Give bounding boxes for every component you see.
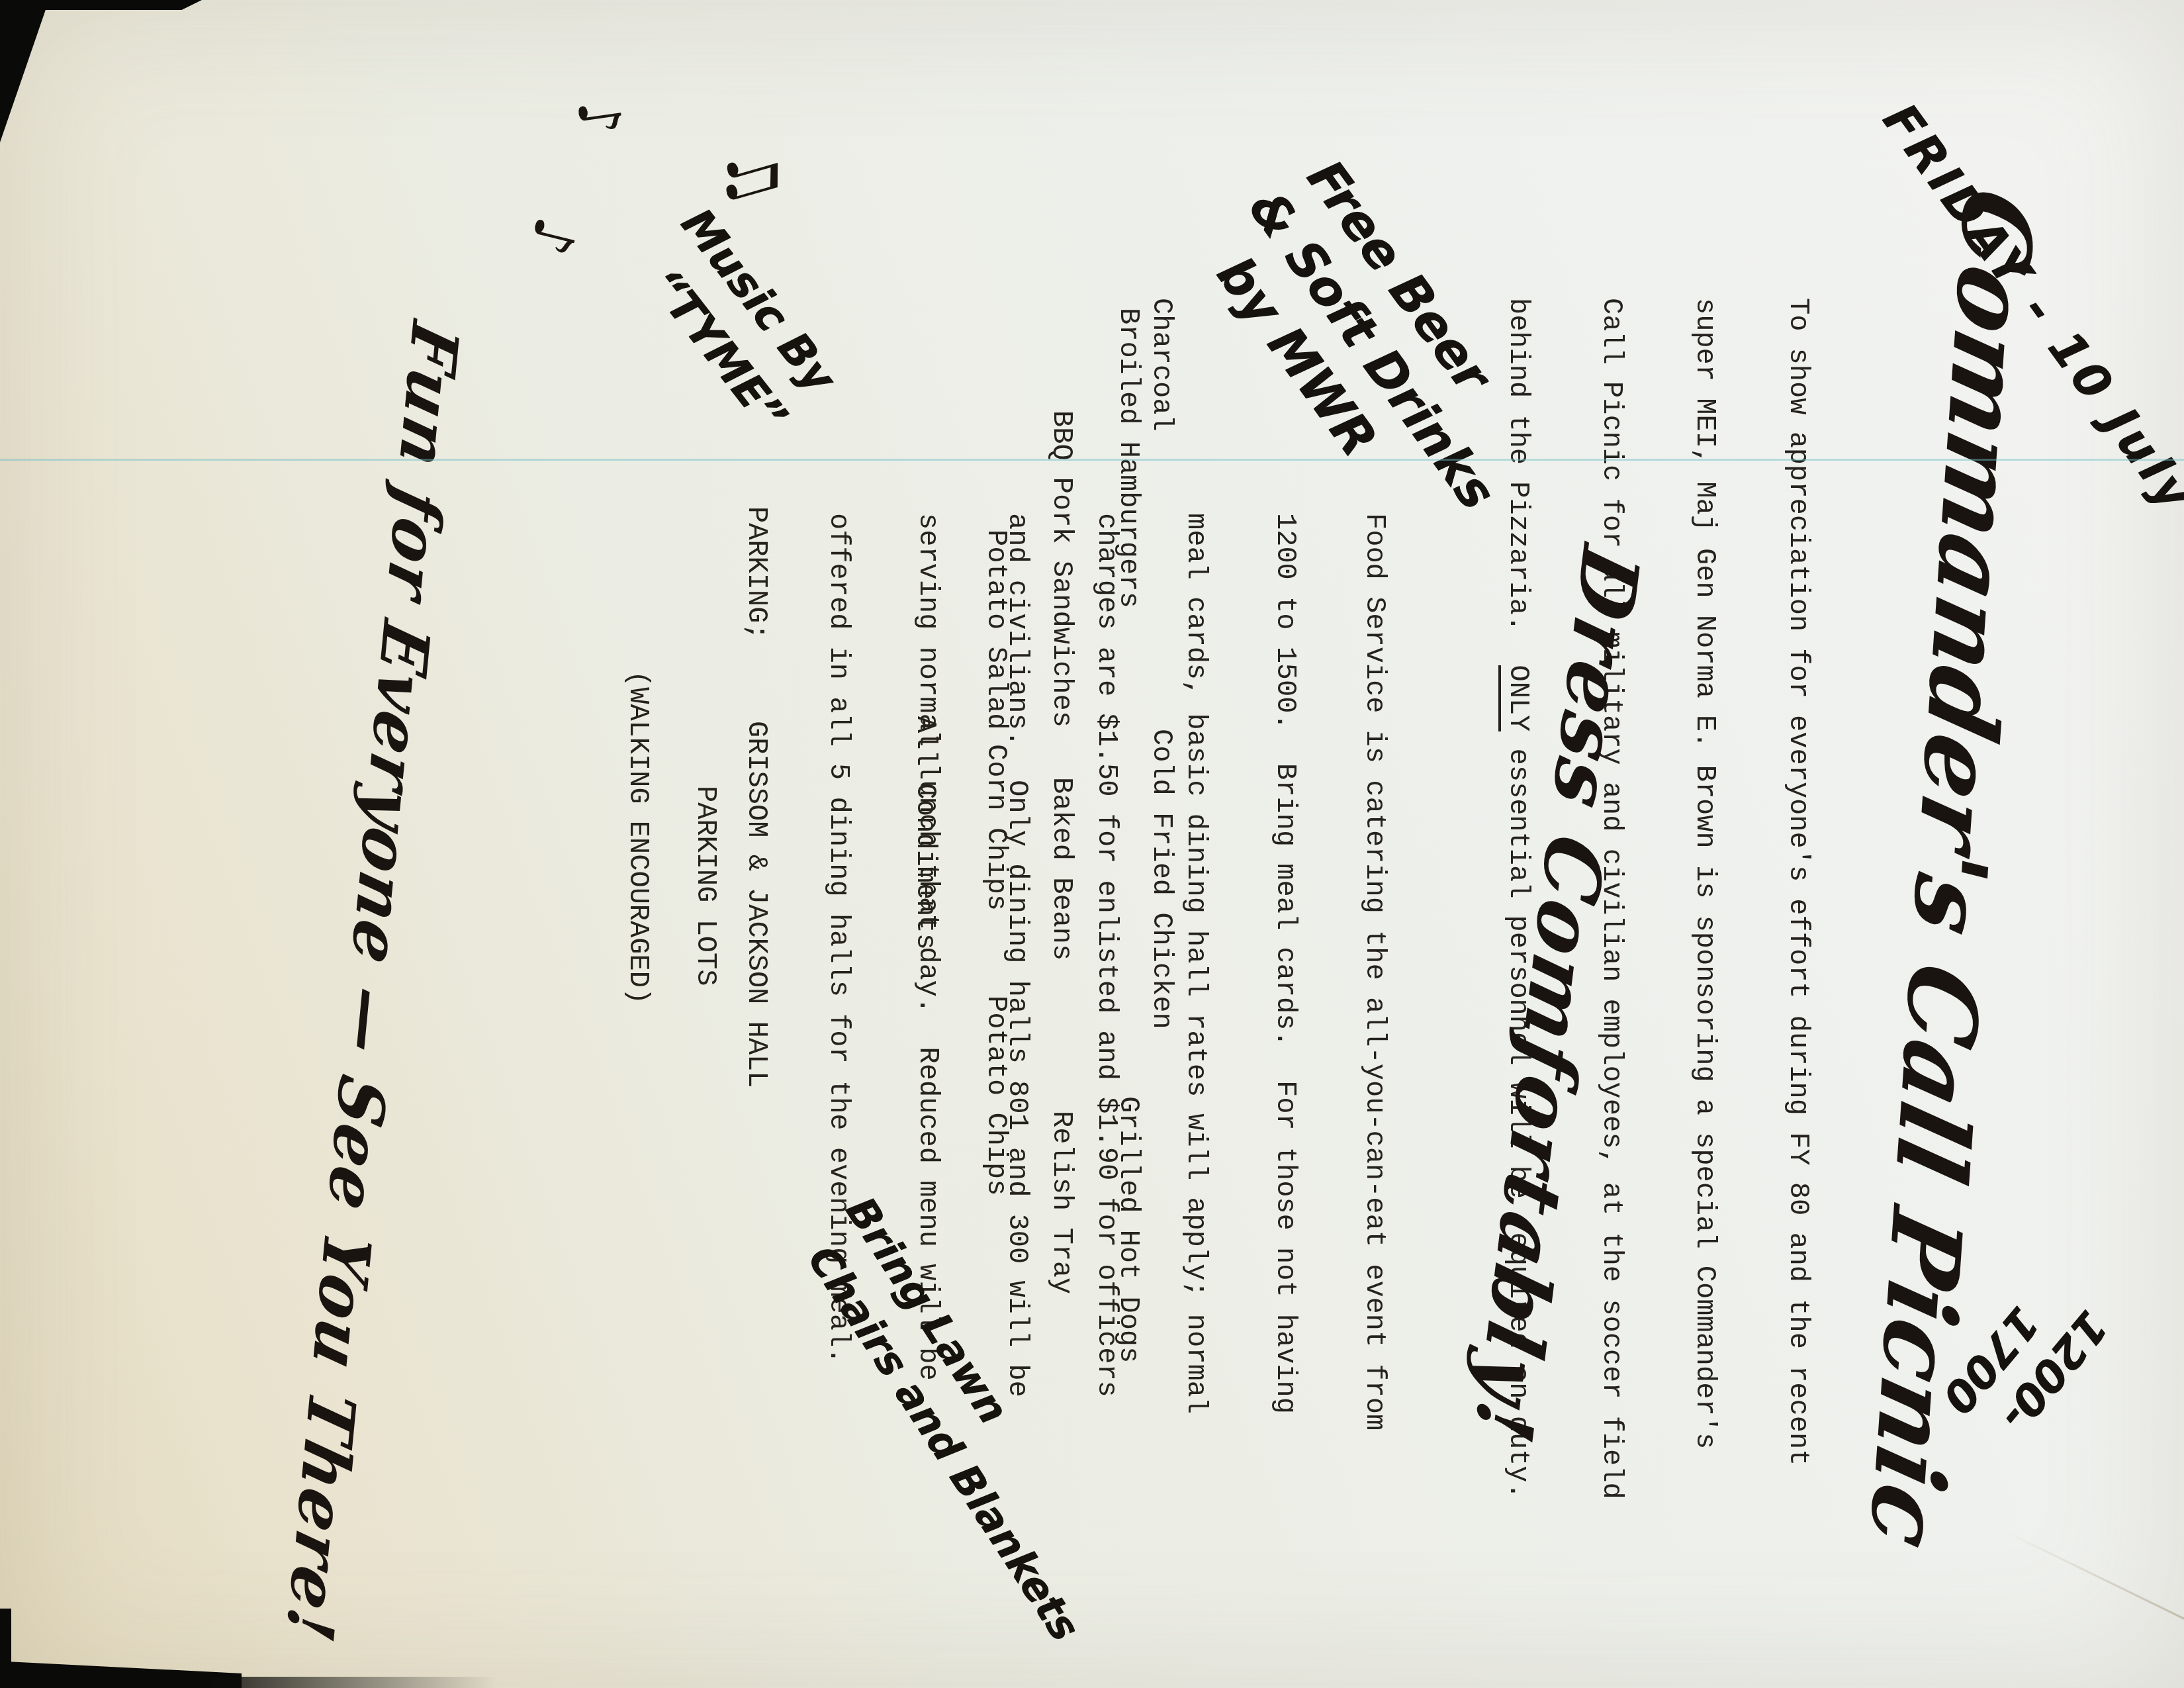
menu-item-grilled-hot-dogs: Grilled Hot Dogs — [1115, 1096, 1142, 1363]
menu-item-cold-fried-chicken: Cold Fried Chicken — [1148, 729, 1175, 1029]
food-service-line1: Food Service is catering the all-you-can… — [1355, 513, 1388, 1430]
menu-item-baked-beans: Baked Beans — [1048, 777, 1075, 961]
menu-item-charcoal: Charcoal — [1148, 298, 1175, 432]
paragraph-intro-line1: To show appreciation for everyone's effo… — [1774, 298, 1812, 1499]
scan-artifact-line — [0, 459, 2184, 461]
closing-annotation: Fun for Everyone — See You There! — [271, 314, 473, 1650]
scanner-edge-top-strip — [0, 0, 202, 10]
walking-encouraged-line: (WALKING ENCOURAGED) — [624, 671, 652, 1004]
scanner-edge-left-bottom — [0, 1609, 11, 1688]
music-note-single-icon: ♪ — [564, 95, 635, 140]
menu-item-bbq-pork-sandwiches: BBQ Pork Sandwiches — [1048, 410, 1075, 727]
menu-item-all-condiments: All Condiments — [911, 716, 939, 950]
menu-item-corn-chips: Corn Chips — [982, 744, 1010, 911]
parking-label: PARKING; — [743, 506, 770, 640]
menu-item-broiled-hamburgers: Broiled Hamburgers — [1115, 308, 1142, 608]
music-by-annotation: Music By “TYME” — [622, 199, 846, 441]
food-service-line2: 1200 to 1500. Bring meal cards. For thos… — [1265, 513, 1299, 1430]
menu-item-potato-salad: Potato Salad — [982, 530, 1010, 729]
music-note-beamed-icon: ♫ — [707, 134, 801, 216]
paragraph-intro-line2: super MEI, Maj Gen Norma E. Brown is spo… — [1681, 298, 1719, 1499]
menu-item-relish-tray: Relish Tray — [1048, 1111, 1075, 1294]
parking-location: GRISSOM & JACKSON HALL — [743, 721, 770, 1088]
flyer-content: FRIDAY - 10 July Commander's Call Picnic… — [0, 0, 2184, 1688]
scanned-flyer: FRIDAY - 10 July Commander's Call Picnic… — [0, 0, 2184, 1688]
only-underlined: ONLY — [1498, 665, 1534, 732]
menu-item-potato-chips: Potato Chips — [982, 996, 1010, 1196]
music-note-single-icon: ♪ — [516, 211, 589, 262]
parking-lots-line: PARKING LOTS — [692, 786, 719, 986]
food-service-line3: meal cards, basic dining hall rates will… — [1176, 513, 1210, 1430]
scanner-edge-bottom-thin — [212, 1677, 496, 1688]
